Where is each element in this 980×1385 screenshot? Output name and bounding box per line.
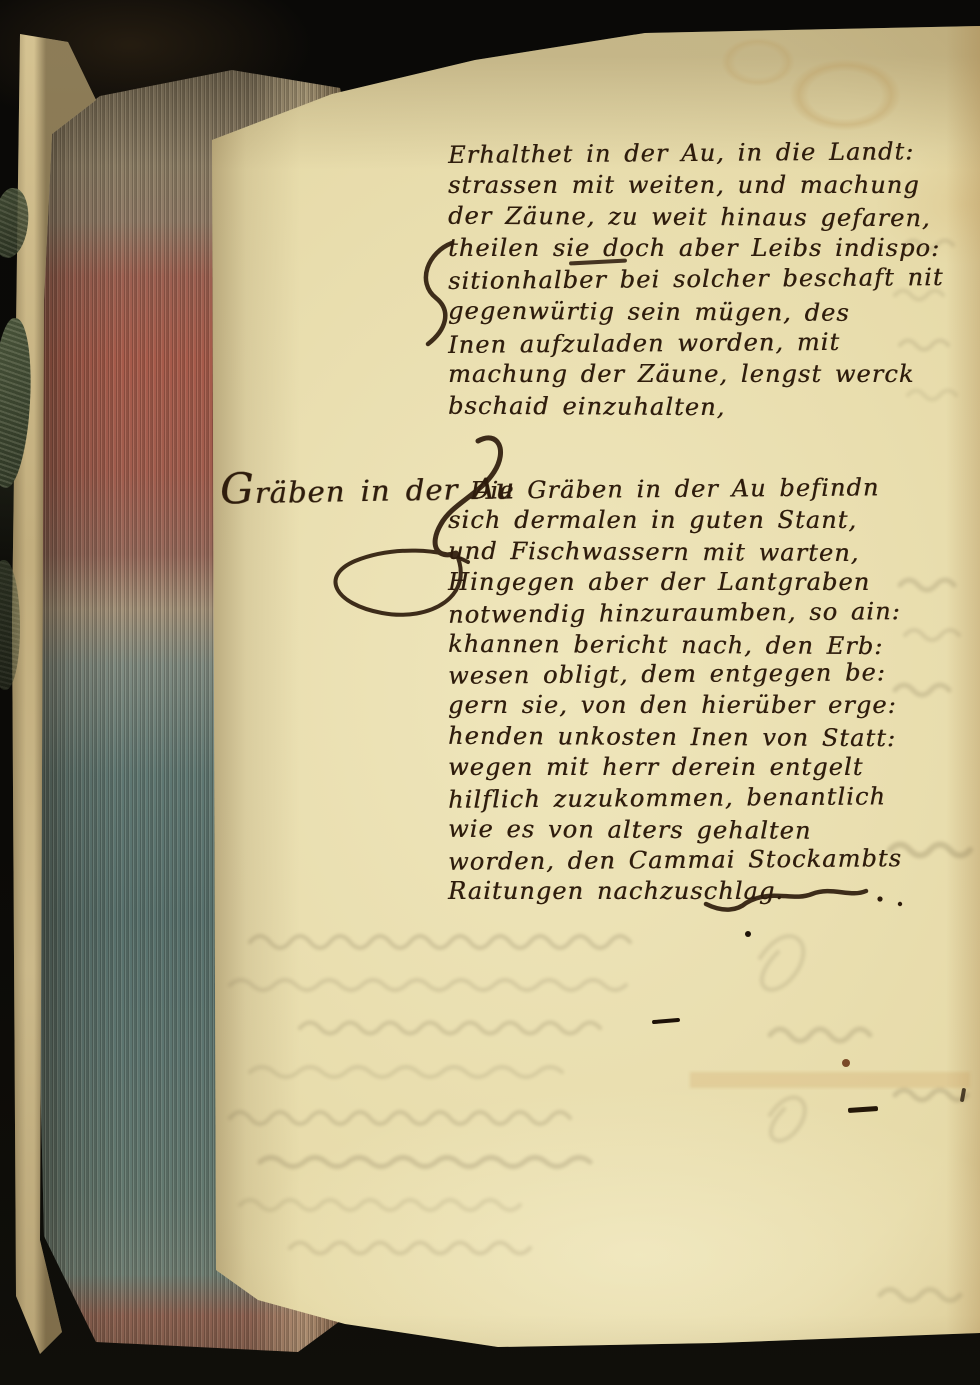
handwritten-line: Die Gräben in der Au befindn: [448, 472, 902, 506]
handwritten-line: gegenwürtig sein mügen, des: [448, 296, 944, 330]
handwritten-line: machung der Zäune, lengst werck: [448, 359, 944, 391]
paragraph-block-2: Die Gräben in der Au befindn sich dermal…: [448, 474, 902, 907]
handwritten-line: Raitungen nachzuschlag.: [448, 876, 902, 907]
handwritten-line: worden, den Cammai Stockambts: [448, 843, 902, 877]
handwritten-line: Erhalthet in der Au, in die Landt:: [448, 136, 944, 171]
rust-dot: [842, 1059, 850, 1067]
handwritten-line: Hingegen aber der Lantgraben: [448, 567, 902, 598]
handwritten-line: der Zäune, zu weit hinaus gefaren,: [448, 201, 944, 235]
ink-speck: [745, 931, 751, 937]
handwritten-line: sich dermalen in guten Stant,: [448, 505, 902, 536]
handwritten-line: wesen obligt, dem entgegen be:: [448, 658, 902, 692]
handwritten-line: khannen bericht nach, den Erb:: [448, 628, 902, 661]
handwritten-line: und Fischwassern mit warten,: [448, 536, 902, 569]
paragraph-block-1: Erhalthet in der Au, in die Landt: stras…: [448, 138, 944, 422]
handwritten-line: Inen aufzuladen worden, mit: [448, 326, 944, 361]
ink-speck: [960, 1088, 966, 1102]
handwritten-line: hilflich zuzukommen, benantlich: [448, 781, 902, 815]
handwritten-line: theilen sie doch aber Leibs indispo:: [448, 233, 944, 265]
handwritten-line: henden unkosten Inen von Statt:: [448, 721, 902, 754]
handwritten-line: gern sie, von den hierüber erge:: [448, 690, 902, 721]
ink-dash: [848, 1106, 878, 1113]
handwritten-line: notwendig hinzuraumben, so ain:: [448, 596, 902, 630]
handwritten-line: sitionhalber bei solcher beschaft nit: [448, 262, 944, 297]
handwritten-line: bschaid einzuhalten,: [448, 390, 944, 424]
handwritten-line: strassen mit weiten, und machung: [448, 170, 944, 202]
photographed-book-scene: 136: [0, 0, 980, 1385]
ink-dash: [652, 1018, 680, 1024]
handwritten-line: wegen mit herr derein entgelt: [448, 752, 902, 783]
handwritten-line: wie es von alters gehalten: [448, 814, 902, 847]
